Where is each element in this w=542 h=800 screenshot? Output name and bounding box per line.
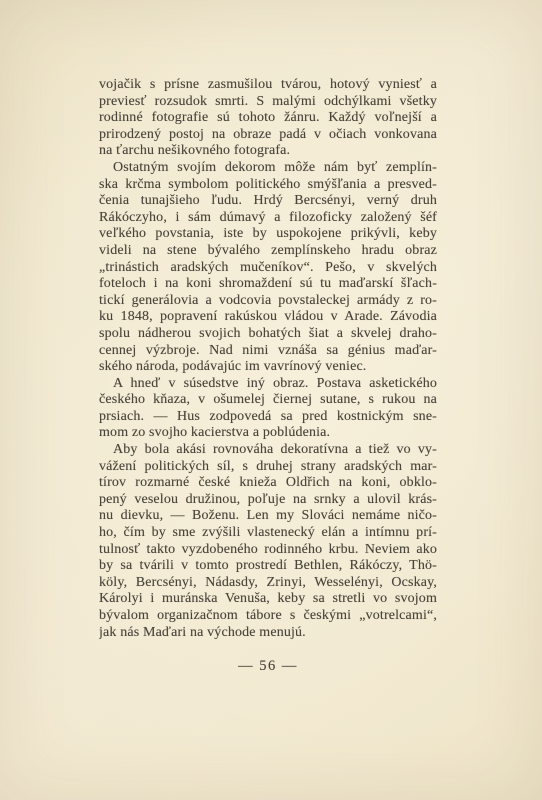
- text-line: mom zo svojho kacierstva a poblúdenia.: [99, 425, 437, 442]
- text-line: českého kňaza, v ošumelej čiernej sutane…: [99, 392, 437, 409]
- text-line: tickí generálovia a vodcovia povstalecke…: [99, 293, 437, 310]
- paragraph: vojačik s prísne zasmušilou tvárou, hoto…: [99, 77, 437, 160]
- text-line: Károlyi i muránska Venuša, keby sa stret…: [99, 591, 437, 608]
- text-line: bývalom organizačnom tábore s českými „v…: [99, 608, 437, 625]
- text-line: by sa tvárili v tomto prostredí Bethlen,…: [99, 558, 437, 575]
- page-number: — 56 —: [99, 658, 437, 675]
- text-line: prsiach. — Hus zodpovedá sa pred kostnic…: [99, 409, 437, 426]
- text-line: na ťarchu nešikovného fotografa.: [99, 143, 437, 160]
- paragraph: Aby bola akási rovnováha dekoratívna a t…: [99, 442, 437, 641]
- text-line: tulnosť takto vyzdobeného rodinného krbu…: [99, 542, 437, 559]
- text-line: videli na stene bývalého zemplínskeho hr…: [99, 243, 437, 260]
- paragraph: A hneď v súsedstve iný obraz. Postava as…: [99, 376, 437, 442]
- text-line: ku 1848, popravení rakúskou vládou v Ara…: [99, 309, 437, 326]
- text-line: nu dievku, — Boženu. Len my Slováci nemá…: [99, 508, 437, 525]
- text-line: čenia tunajšieho ľudu. Hrdý Bercsényi, v…: [99, 193, 437, 210]
- text-line: prirodzený postoj na obraze padá v očiac…: [99, 127, 437, 144]
- text-line: tírov rozmarné české knieža Oldřich na k…: [99, 475, 437, 492]
- text-line: veľkého povstania, iste by uspokojene pr…: [99, 226, 437, 243]
- text-line: pený veselou družinou, poľuje na srnky a…: [99, 492, 437, 509]
- text-line: vážení politických síl, s druhej strany …: [99, 459, 437, 476]
- text-line: cennej výzbroje. Nad nimi vznáša sa géni…: [99, 343, 437, 360]
- text-line: foteloch i na koni shromaždení sú tu maď…: [99, 276, 437, 293]
- text-line: Ostatným svojím dekorom môže nám byť zem…: [99, 160, 437, 177]
- text-line: Aby bola akási rovnováha dekoratívna a t…: [99, 442, 437, 459]
- text-line: jak nás Maďari na východe menujú.: [99, 625, 437, 642]
- text-line: A hneď v súsedstve iný obraz. Postava as…: [99, 376, 437, 393]
- text-line: vojačik s prísne zasmušilou tvárou, hoto…: [99, 77, 437, 94]
- text-line: ho, čím by sme zvýšili vlastenecký elán …: [99, 525, 437, 542]
- text-block: vojačik s prísne zasmušilou tvárou, hoto…: [99, 77, 437, 641]
- text-line: previesť rozsudok smrti. S malými odchýl…: [99, 94, 437, 111]
- text-line: ska krčma symbolom politického smýšľania…: [99, 177, 437, 194]
- text-line: „trinástich aradských mučeníkov“. Pešo, …: [99, 260, 437, 277]
- text-line: rodinné fotografie sú tohoto žánru. Každ…: [99, 110, 437, 127]
- text-line: Rákóczyho, i sám dúmavý a filozoficky za…: [99, 210, 437, 227]
- scanned-book-page: vojačik s prísne zasmušilou tvárou, hoto…: [0, 0, 542, 800]
- paragraph: Ostatným svojím dekorom môže nám byť zem…: [99, 160, 437, 376]
- text-line: ského národa, podávajúc im vavrínový ven…: [99, 359, 437, 376]
- text-line: köly, Bercsényi, Nádasdy, Zrinyi, Wessel…: [99, 575, 437, 592]
- text-line: spolu nádherou svojich bohatých šiat a s…: [99, 326, 437, 343]
